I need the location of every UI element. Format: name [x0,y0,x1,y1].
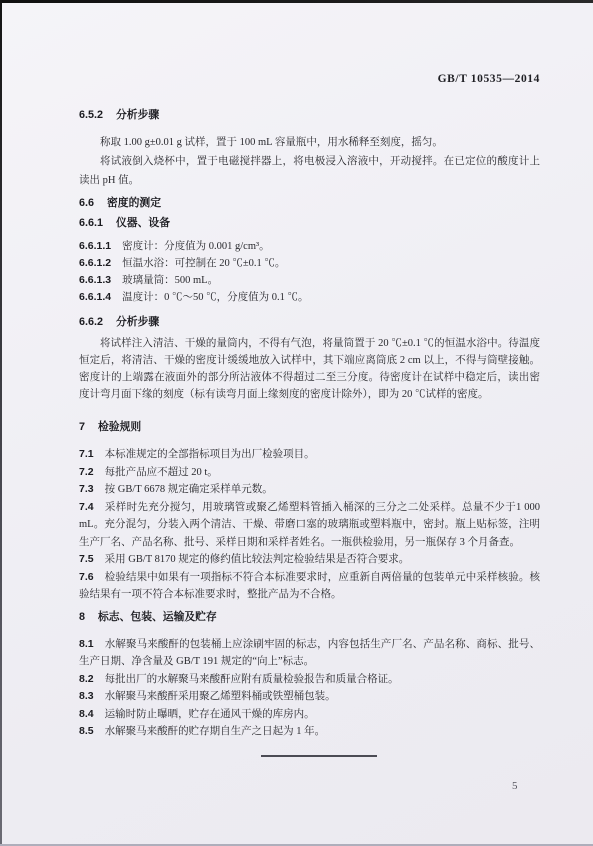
clause-number: 7.3 [79,483,94,495]
clause-text: 采样时先充分搅匀，用玻璃管或聚乙烯塑料管插入桶深的三分之二处采样。总量不少于1 … [79,502,540,548]
heading-number: 8 [79,611,85,623]
clause-text: 检验结果中如果有一项指标不符合本标准要求时，应重新自两倍量的包装单元中采样核验。… [79,572,540,601]
clause-text: 玻璃量筒：500 mL。 [122,275,218,286]
clause-item: 6.6.1.2恒温水浴：可控制在 20 ℃±0.1 ℃。 [79,255,540,272]
clause-item: 8.1水解聚马来酸酐的包装桶上应涂刷牢固的标志，内容包括生产厂名、产品名称、商标… [79,636,540,671]
clause-item: 6.6.1.1密度计：分度值为 0.001 g/cm³。 [79,238,540,255]
clause-item: 6.6.1.4温度计：0 ℃～50 ℃，分度值为 0.1 ℃。 [79,289,540,306]
clause-number: 8.4 [79,708,94,720]
clause-item: 8.2每批出厂的水解聚马来酸酐应附有质量检验报告和质量合格证。 [79,671,540,689]
clause-number: 7.6 [79,571,94,583]
paragraph-6-5-2-2: 将试液倒入烧杯中，置于电磁搅拌器上，将电极浸入溶液中，开动搅拌。在已定位的酸度计… [79,152,540,190]
heading-number: 6.6.1 [79,217,103,229]
heading-6-5-2: 6.5.2分析步骤 [79,109,540,122]
clause-item: 8.3水解聚马来酸酐采用聚乙烯塑料桶或铁塑桶包装。 [79,688,540,706]
clause-list-8: 8.1水解聚马来酸酐的包装桶上应涂刷牢固的标志，内容包括生产厂名、产品名称、商标… [79,636,540,741]
end-of-document-divider [261,755,377,757]
clause-item: 7.2每批产品应不超过 20 t。 [79,464,540,482]
clause-number: 7.4 [79,501,94,513]
clause-list-7: 7.1本标准规定的全部指标项目为出厂检验项目。 7.2每批产品应不超过 20 t… [79,446,540,604]
clause-text: 运输时防止曝晒，贮存在通风干燥的库房内。 [105,709,315,720]
clause-number: 6.6.1.3 [79,274,111,286]
heading-title: 标志、包装、运输及贮存 [98,611,217,623]
clause-item: 7.6检验结果中如果有一项指标不符合本标准要求时，应重新自两倍量的包装单元中采样… [79,569,540,604]
clause-number: 6.6.1.2 [79,257,111,269]
clause-number: 7.5 [79,553,94,565]
clause-list-6-6-1: 6.6.1.1密度计：分度值为 0.001 g/cm³。 6.6.1.2恒温水浴… [79,238,540,306]
clause-item: 7.5采用 GB/T 8170 规定的修约值比较法判定检验结果是否符合要求。 [79,551,540,569]
heading-number: 6.6 [79,197,94,209]
paragraph-6-5-2-1: 称取 1.00 g±0.01 g 试样，置于 100 mL 容量瓶中，用水稀释至… [79,133,540,152]
clause-text: 采用 GB/T 8170 规定的修约值比较法判定检验结果是否符合要求。 [105,554,410,565]
heading-7: 7检验规则 [79,421,540,434]
clause-item: 8.4运输时防止曝晒，贮存在通风干燥的库房内。 [79,706,540,724]
clause-text: 密度计：分度值为 0.001 g/cm³。 [122,241,270,252]
heading-8: 8标志、包装、运输及贮存 [79,611,540,624]
heading-6-6-2: 6.6.2分析步骤 [79,316,540,329]
scanned-document-page: GB/T 10535—2014 6.5.2分析步骤 称取 1.00 g±0.01… [0,0,593,846]
clause-text: 每批产品应不超过 20 t。 [105,467,218,478]
heading-number: 6.5.2 [79,109,103,121]
clause-text: 每批出厂的水解聚马来酸酐应附有质量检验报告和质量合格证。 [105,674,399,685]
clause-text: 水解聚马来酸酐的贮存期自生产之日起为 1 年。 [105,726,326,737]
clause-number: 8.2 [79,673,94,685]
clause-item: 7.4采样时先充分搅匀，用玻璃管或聚乙烯塑料管插入桶深的三分之二处采样。总量不少… [79,499,540,552]
scan-edge-left [0,0,2,846]
clause-number: 6.6.1.4 [79,291,111,303]
heading-6-6-1: 6.6.1仪器、设备 [79,217,540,230]
heading-number: 6.6.2 [79,316,103,328]
clause-text: 水解聚马来酸酐采用聚乙烯塑料桶或铁塑桶包装。 [105,691,336,702]
clause-item: 7.1本标准规定的全部指标项目为出厂检验项目。 [79,446,540,464]
clause-text: 本标准规定的全部指标项目为出厂检验项目。 [105,449,315,460]
clause-item: 8.5水解聚马来酸酐的贮存期自生产之日起为 1 年。 [79,723,540,741]
clause-number: 7.1 [79,448,94,460]
page-number: 5 [512,780,518,792]
clause-text: 水解聚马来酸酐的包装桶上应涂刷牢固的标志，内容包括生产厂名、产品名称、商标、批号… [79,639,540,668]
clause-text: 按 GB/T 6678 规定确定采样单元数。 [105,484,273,495]
clause-number: 7.2 [79,466,94,478]
clause-item: 6.6.1.3玻璃量筒：500 mL。 [79,272,540,289]
standard-number-header: GB/T 10535—2014 [79,73,540,85]
clause-number: 8.3 [79,690,94,702]
heading-title: 检验规则 [98,421,141,433]
heading-title: 分析步骤 [116,109,159,121]
heading-title: 仪器、设备 [116,217,170,229]
clause-text: 恒温水浴：可控制在 20 ℃±0.1 ℃。 [122,258,285,269]
paragraph-6-6-2: 将试样注入清洁、干燥的量筒内，不得有气泡，将量筒置于 20 ℃±0.1 ℃的恒温… [79,335,540,403]
clause-item: 7.3按 GB/T 6678 规定确定采样单元数。 [79,481,540,499]
page-content: GB/T 10535—2014 6.5.2分析步骤 称取 1.00 g±0.01… [79,0,540,757]
clause-text: 温度计：0 ℃～50 ℃，分度值为 0.1 ℃。 [122,292,308,303]
clause-number: 6.6.1.1 [79,240,111,252]
heading-title: 分析步骤 [116,316,159,328]
clause-number: 8.5 [79,725,94,737]
heading-title: 密度的测定 [107,197,161,209]
clause-number: 8.1 [79,638,94,650]
heading-6-6: 6.6密度的测定 [79,197,540,210]
heading-number: 7 [79,421,85,433]
